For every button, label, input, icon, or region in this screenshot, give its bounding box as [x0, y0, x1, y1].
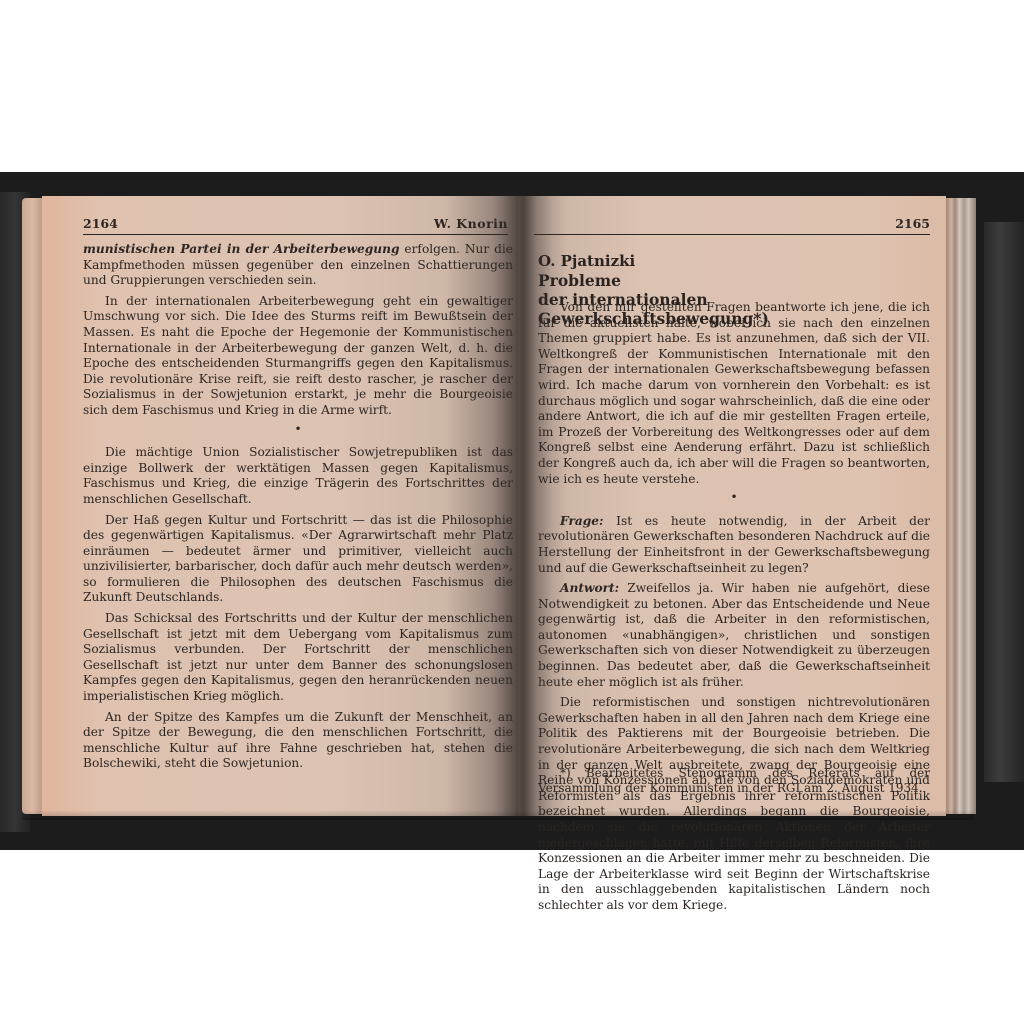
paragraph: Der Haß gegen Kultur und Fortschritt — d… [83, 513, 513, 607]
open-book: 2164 W. Knorin munistischen Partei in de… [22, 196, 974, 820]
answer-paragraph: Antwort: Zweifellos ja. Wir haben nie au… [538, 581, 930, 690]
answer-label: Antwort: [560, 581, 619, 595]
paragraph: Die mächtige Union Sozialistischer Sowje… [83, 445, 513, 507]
book-gutter-shadow [492, 196, 552, 816]
left-page: 2164 W. Knorin munistischen Partei in de… [42, 196, 516, 816]
right-page: 2165 O. Pjatnizki Probleme der internati… [516, 196, 946, 816]
background-cloth-right [984, 222, 1024, 782]
right-page-stack-edge [946, 198, 976, 814]
question-paragraph: Frage: Ist es heute notwendig, in der Ar… [538, 514, 930, 576]
left-page-number: 2164 [83, 216, 118, 231]
question-label: Frage: [560, 514, 604, 528]
opening-italic: munistischen Partei in der Arbeiterbeweg… [83, 242, 399, 256]
intro-paragraph: Von den mir gestellten Fragen beantworte… [538, 300, 930, 487]
opening-paragraph: munistischen Partei in der Arbeiterbeweg… [83, 242, 513, 289]
left-running-head: 2164 W. Knorin [83, 216, 508, 235]
paragraph: Die reformistischen und sonstigen nichtr… [538, 695, 930, 913]
answer-text: Zweifellos ja. Wir haben nie aufgehört, … [538, 581, 930, 689]
right-running-head: 2165 [534, 216, 930, 235]
right-page-number: 2165 [895, 216, 930, 231]
paragraph: In der internationalen Arbeiterbewegung … [83, 294, 513, 419]
paragraph: Das Schicksal des Fortschritts und der K… [83, 611, 513, 705]
section-separator: • [538, 490, 930, 506]
paragraph: An der Spitze des Kampfes um die Zukunft… [83, 710, 513, 772]
bottom-shadow [22, 810, 974, 820]
footnote-text: *) Bearbeitetes Stenogramm des Referats … [538, 766, 930, 796]
section-separator: • [83, 422, 513, 438]
footnote: *) Bearbeitetes Stenogramm des Referats … [538, 766, 930, 796]
left-page-body: munistischen Partei in der Arbeiterbeweg… [83, 242, 513, 772]
article-title-line-1: Probleme [538, 271, 938, 290]
right-page-body: Von den mir gestellten Fragen beantworte… [538, 300, 930, 914]
article-author: O. Pjatnizki [538, 252, 938, 271]
